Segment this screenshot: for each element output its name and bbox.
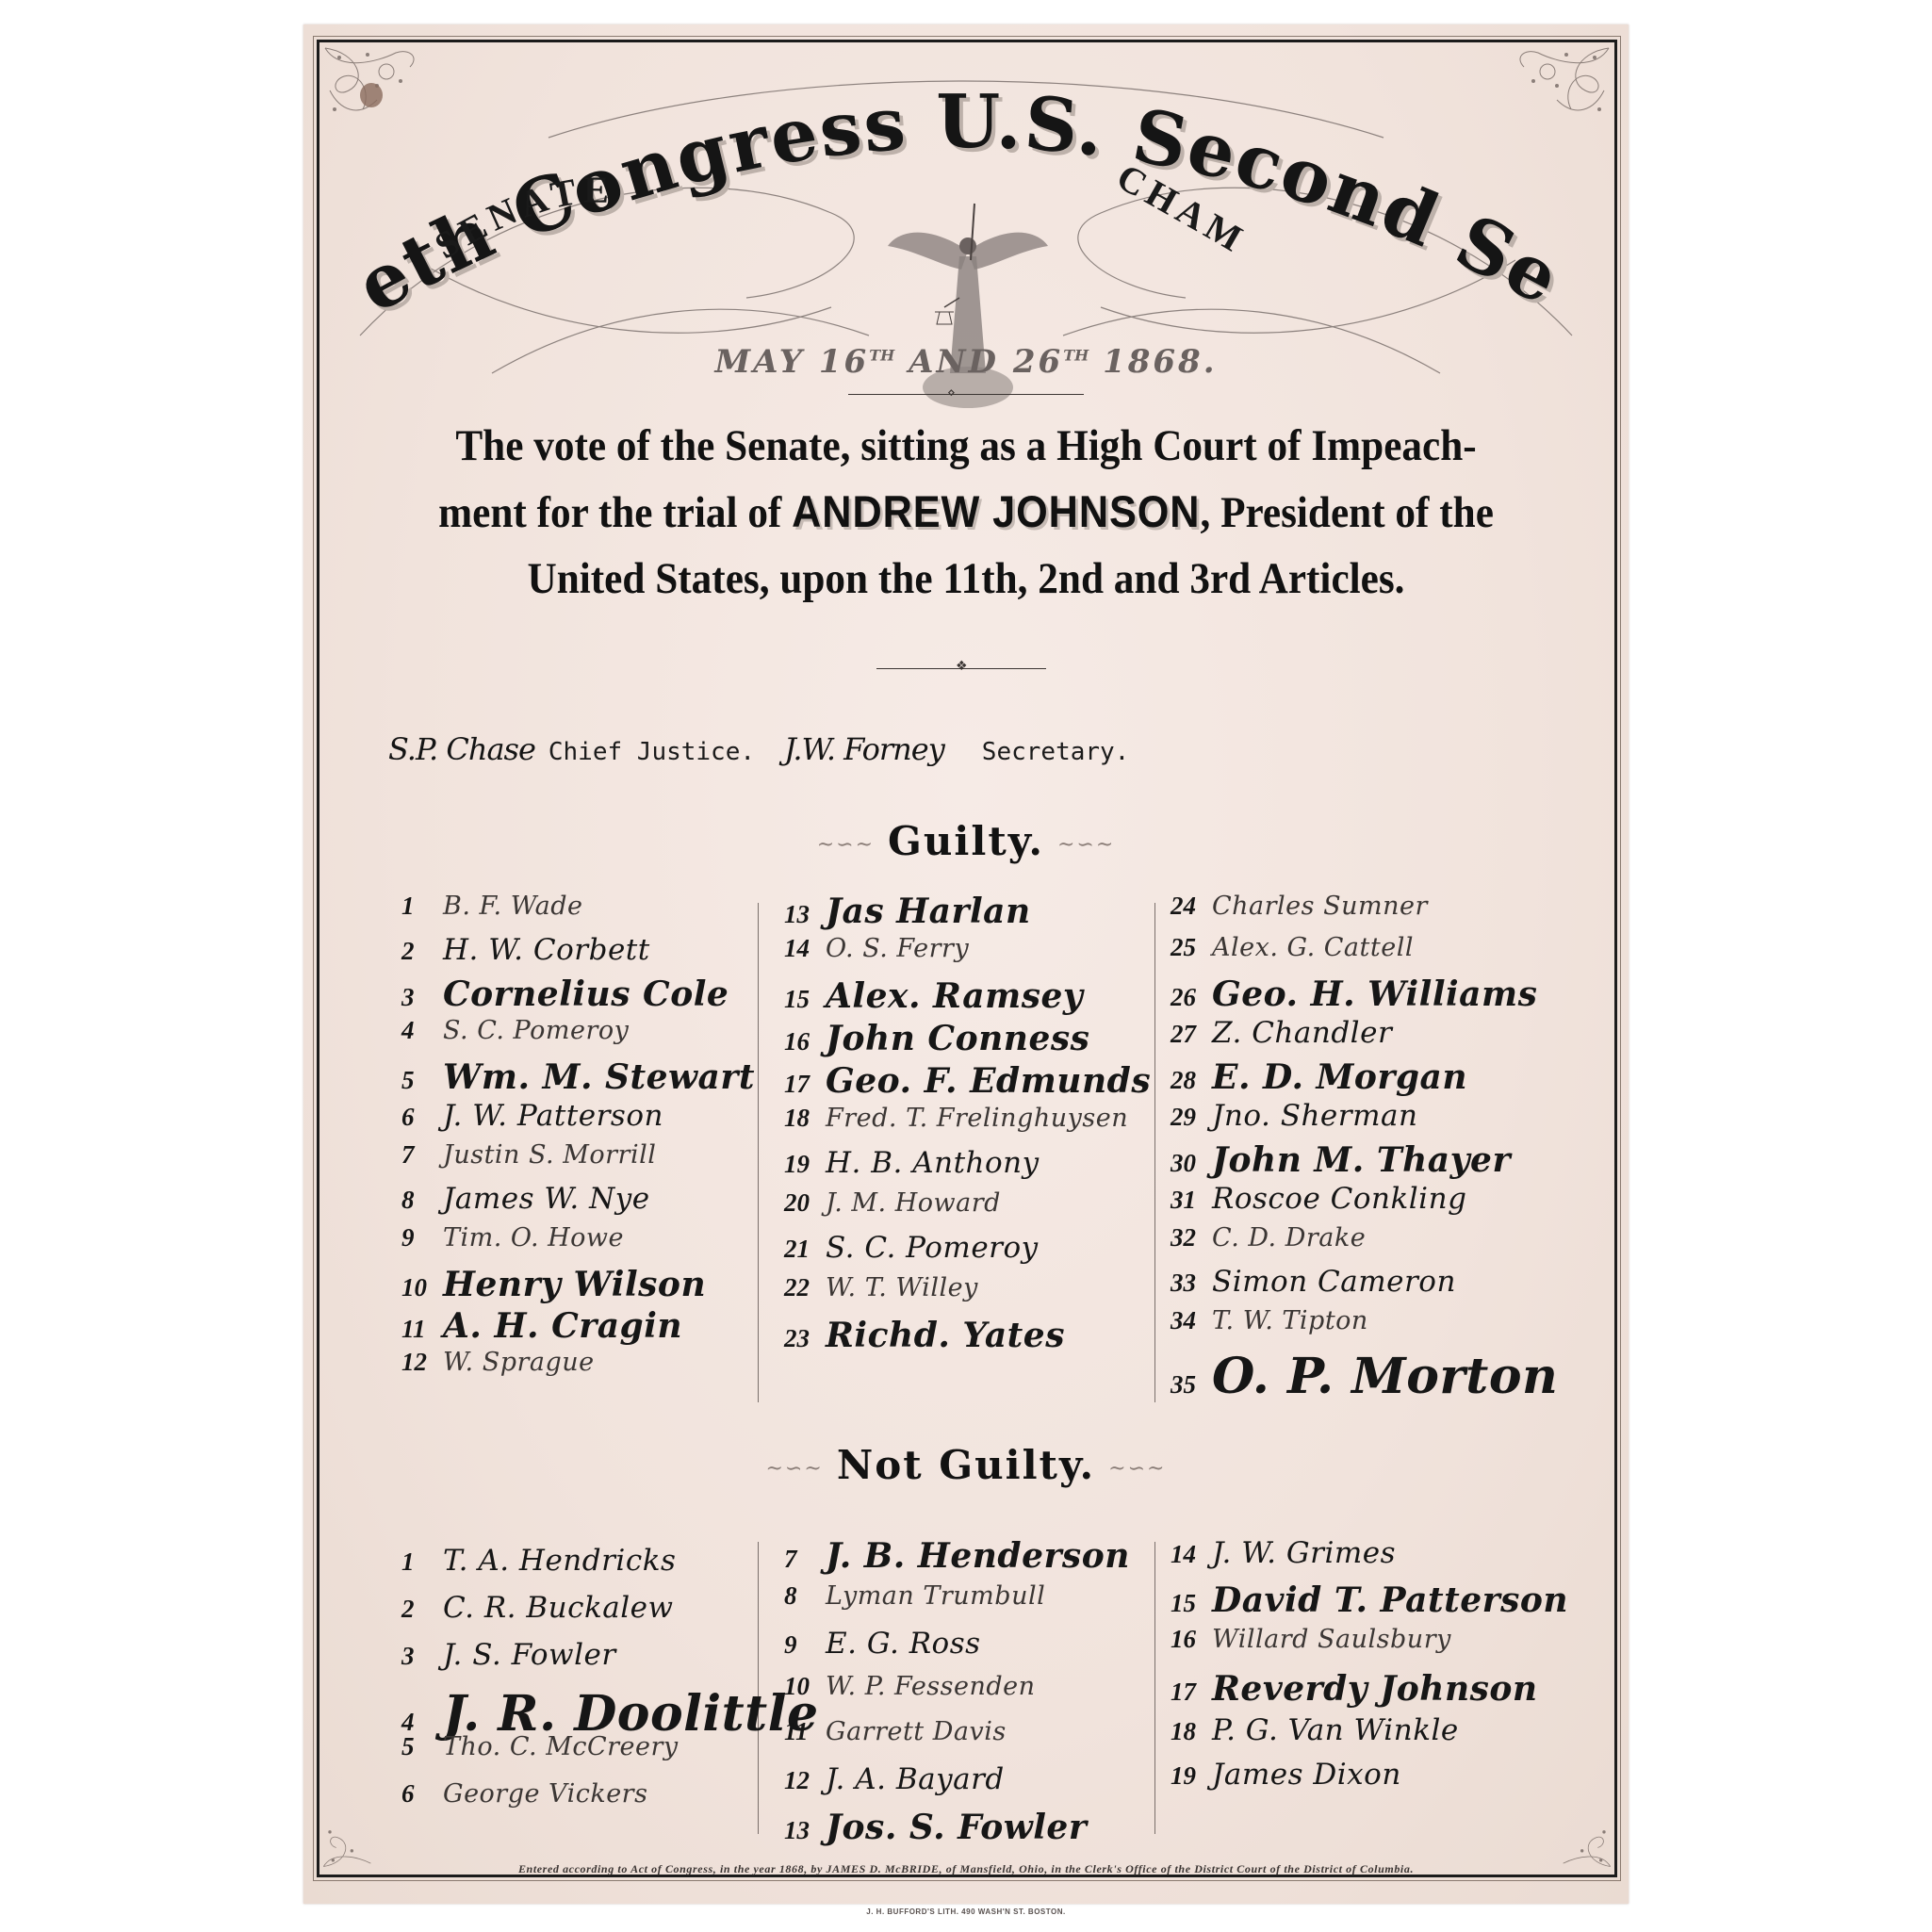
senator-signature: Simon Cameron bbox=[1212, 1265, 1456, 1299]
signature-row: 18Fred. T. Frelinghuysen bbox=[784, 1104, 1151, 1146]
senator-signature: Justin S. Morrill bbox=[443, 1140, 656, 1170]
signature-row: 19James Dixon bbox=[1171, 1758, 1568, 1802]
signature-row: 29Jno. Sherman bbox=[1171, 1099, 1558, 1140]
divider-ornament-icon: ⋄ bbox=[947, 385, 956, 401]
senator-signature: David T. Patterson bbox=[1212, 1580, 1568, 1620]
senator-signature: Alex. Ramsey bbox=[826, 976, 1083, 1016]
vote-number: 16 bbox=[1171, 1625, 1212, 1654]
signature-row: 2H. W. Corbett bbox=[401, 933, 755, 974]
senator-signature: John M. Thayer bbox=[1212, 1140, 1511, 1180]
vote-number: 13 bbox=[784, 900, 826, 929]
vote-number: 5 bbox=[401, 1732, 443, 1761]
not-guilty-heading: ~∽~Not Guilty.~∽~ bbox=[303, 1442, 1629, 1488]
senator-signature: James Dixon bbox=[1212, 1758, 1401, 1792]
senator-signature: O. P. Morton bbox=[1212, 1348, 1558, 1405]
column-divider bbox=[758, 903, 759, 1402]
vote-number: 35 bbox=[1171, 1370, 1212, 1400]
vote-number: 17 bbox=[784, 1070, 826, 1099]
senator-signature: Tim. O. Howe bbox=[443, 1223, 624, 1253]
vote-number: 6 bbox=[401, 1103, 443, 1132]
vote-number: 28 bbox=[1171, 1066, 1212, 1095]
signature-row: 5Wm. M. Stewart bbox=[401, 1057, 755, 1099]
vote-number: 34 bbox=[1171, 1306, 1212, 1335]
senator-signature: Jno. Sherman bbox=[1212, 1099, 1417, 1133]
vote-number: 12 bbox=[401, 1348, 443, 1377]
senator-signature: Reverdy Johnson bbox=[1212, 1669, 1538, 1709]
senator-signature: S. C. Pomeroy bbox=[826, 1231, 1039, 1265]
senator-signature: H. B. Anthony bbox=[826, 1146, 1040, 1180]
senator-signature: J. W. Patterson bbox=[443, 1099, 663, 1133]
signature-row: 4J. R. Doolittle bbox=[401, 1685, 819, 1732]
vote-number: 3 bbox=[401, 1642, 443, 1671]
signature-row: 8Lyman Trumbull bbox=[784, 1581, 1130, 1627]
column-divider bbox=[1154, 1542, 1155, 1834]
signature-row: 10Henry Wilson bbox=[401, 1265, 755, 1306]
signature-row: 16Willard Saulsbury bbox=[1171, 1625, 1568, 1669]
signature-row: 4S. C. Pomeroy bbox=[401, 1016, 755, 1057]
senator-signature: Jas Harlan bbox=[826, 892, 1031, 931]
senator-signature: Geo. F. Edmunds bbox=[826, 1061, 1151, 1101]
vote-number: 5 bbox=[401, 1066, 443, 1095]
senator-signature: W. Sprague bbox=[443, 1348, 595, 1377]
signature-row: 22W. T. Willey bbox=[784, 1273, 1151, 1316]
signature-row: 21S. C. Pomeroy bbox=[784, 1231, 1151, 1273]
vote-number: 1 bbox=[401, 1547, 443, 1577]
vote-number: 18 bbox=[784, 1104, 826, 1133]
signature-row: 2C. R. Buckalew bbox=[401, 1591, 819, 1638]
senator-signature: E. G. Ross bbox=[826, 1627, 981, 1661]
signature-row: 18P. G. Van Winkle bbox=[1171, 1713, 1568, 1758]
signature-row: 33Simon Cameron bbox=[1171, 1265, 1558, 1306]
signature-row: 32C. D. Drake bbox=[1171, 1223, 1558, 1265]
signature-row: 11A. H. Cragin bbox=[401, 1306, 755, 1348]
signature-row: 15David T. Patterson bbox=[1171, 1580, 1568, 1625]
senator-signature: B. F. Wade bbox=[443, 892, 582, 921]
not-guilty-column-1: 1T. A. Hendricks2C. R. Buckalew3J. S. Fo… bbox=[401, 1544, 819, 1826]
broadside-paper: Fortieth Congress U.S. Second Session Fo… bbox=[303, 25, 1629, 1904]
lithographer-imprint: J. H. BUFFORD'S LITH. 490 WASH'N ST. BOS… bbox=[303, 1907, 1629, 1916]
senator-signature: John Conness bbox=[826, 1019, 1089, 1058]
signature-row: 35O. P. Morton bbox=[1171, 1348, 1558, 1389]
signature-row: 25Alex. G. Cattell bbox=[1171, 933, 1558, 974]
senator-signature: George Vickers bbox=[443, 1779, 647, 1809]
signature-row: 17Geo. F. Edmunds bbox=[784, 1061, 1151, 1104]
divider-rule bbox=[848, 394, 1084, 395]
guilty-column-2: 13Jas Harlan14O. S. Ferry15Alex. Ramsey1… bbox=[784, 892, 1151, 1358]
signature-row: 30John M. Thayer bbox=[1171, 1140, 1558, 1182]
signature-row: 31Roscoe Conkling bbox=[1171, 1182, 1558, 1223]
signature-row: 7Justin S. Morrill bbox=[401, 1140, 755, 1182]
senator-signature: C. D. Drake bbox=[1212, 1223, 1366, 1253]
vote-number: 13 bbox=[784, 1816, 826, 1845]
senator-signature: J. M. Howard bbox=[826, 1188, 1001, 1218]
vote-number: 12 bbox=[784, 1766, 826, 1795]
senator-signature: Jos. S. Fowler bbox=[826, 1808, 1087, 1847]
senator-signature: W. T. Willey bbox=[826, 1273, 978, 1302]
signature-row: 16John Conness bbox=[784, 1019, 1151, 1061]
signature-row: 12W. Sprague bbox=[401, 1348, 755, 1389]
vote-number: 9 bbox=[784, 1630, 826, 1660]
signature-row: 3Cornelius Cole bbox=[401, 974, 755, 1016]
vote-number: 23 bbox=[784, 1324, 826, 1353]
vote-number: 19 bbox=[1171, 1761, 1212, 1791]
vote-number: 8 bbox=[784, 1581, 826, 1611]
signature-row: 23Richd. Yates bbox=[784, 1316, 1151, 1358]
signature-row: 15Alex. Ramsey bbox=[784, 976, 1151, 1019]
vote-number: 4 bbox=[401, 1016, 443, 1045]
flourish-icon: ~∽~ bbox=[1057, 833, 1115, 857]
senator-signature: Z. Chandler bbox=[1212, 1016, 1392, 1050]
defendant-name: ANDREW JOHNSON bbox=[792, 486, 1200, 536]
vote-number: 6 bbox=[401, 1779, 443, 1809]
not-guilty-column-2: 7J. B. Henderson8Lyman Trumbull9E. G. Ro… bbox=[784, 1536, 1130, 1853]
vote-number: 30 bbox=[1171, 1149, 1212, 1178]
signature-row: 3J. S. Fowler bbox=[401, 1638, 819, 1685]
senator-signature: Henry Wilson bbox=[443, 1265, 706, 1304]
chief-justice-signature: S.P. Chase bbox=[388, 731, 535, 767]
vote-number: 31 bbox=[1171, 1186, 1212, 1215]
signature-row: 6George Vickers bbox=[401, 1779, 819, 1826]
vote-number: 33 bbox=[1171, 1269, 1212, 1298]
senator-signature: Geo. H. Williams bbox=[1212, 974, 1537, 1014]
secretary-block: J.W. ForneySecretary. bbox=[784, 731, 1129, 767]
senator-signature: T. A. Hendricks bbox=[443, 1544, 676, 1578]
signature-row: 8James W. Nye bbox=[401, 1182, 755, 1223]
signature-row: 14O. S. Ferry bbox=[784, 934, 1151, 976]
flourish-icon: ~∽~ bbox=[817, 833, 875, 857]
chief-justice-block: S.P. ChaseChief Justice. bbox=[388, 731, 755, 767]
vote-number: 14 bbox=[1171, 1540, 1212, 1569]
vote-number: 20 bbox=[784, 1188, 826, 1218]
vote-number: 11 bbox=[784, 1717, 826, 1746]
signature-row: 11Garrett Davis bbox=[784, 1717, 1130, 1762]
senator-signature: Willard Saulsbury bbox=[1212, 1625, 1451, 1654]
senator-signature: J. W. Grimes bbox=[1212, 1536, 1396, 1570]
senator-signature: S. C. Pomeroy bbox=[443, 1016, 629, 1045]
signature-row: 19H. B. Anthony bbox=[784, 1146, 1151, 1188]
chief-justice-label: Chief Justice. bbox=[548, 738, 755, 766]
vote-number: 7 bbox=[784, 1545, 826, 1574]
senator-signature: Garrett Davis bbox=[826, 1717, 1007, 1746]
flourish-icon: ~∽~ bbox=[1108, 1457, 1166, 1481]
senator-signature: Tho. C. McCreery bbox=[443, 1732, 679, 1761]
vote-number: 24 bbox=[1171, 892, 1212, 921]
session-date: MAY 16TH AND 26TH 1868. bbox=[303, 343, 1629, 381]
signature-row: 1T. A. Hendricks bbox=[401, 1544, 819, 1591]
signature-row: 10W. P. Fessenden bbox=[784, 1672, 1130, 1717]
signature-row: 26Geo. H. Williams bbox=[1171, 974, 1558, 1016]
signature-row: 34T. W. Tipton bbox=[1171, 1306, 1558, 1348]
senator-signature: E. D. Morgan bbox=[1212, 1057, 1467, 1097]
vote-number: 17 bbox=[1171, 1678, 1212, 1707]
senator-signature: Charles Sumner bbox=[1212, 892, 1428, 921]
signature-row: 13Jos. S. Fowler bbox=[784, 1808, 1130, 1853]
vote-number: 3 bbox=[401, 983, 443, 1012]
vote-number: 32 bbox=[1171, 1223, 1212, 1253]
senator-signature: Lyman Trumbull bbox=[826, 1581, 1045, 1611]
vote-number: 2 bbox=[401, 1595, 443, 1624]
vote-number: 1 bbox=[401, 892, 443, 921]
divider-ornament-icon: ❖ bbox=[956, 659, 968, 674]
column-divider bbox=[1154, 903, 1155, 1402]
secretary-signature: J.W. Forney bbox=[784, 731, 944, 767]
copyright-notice: Entered according to Act of Congress, in… bbox=[303, 1862, 1629, 1876]
vote-number: 10 bbox=[401, 1273, 443, 1302]
senator-signature: J. B. Henderson bbox=[826, 1536, 1130, 1576]
senator-signature: Roscoe Conkling bbox=[1212, 1182, 1466, 1216]
senator-signature: A. H. Cragin bbox=[443, 1306, 682, 1346]
signature-row: 7J. B. Henderson bbox=[784, 1536, 1130, 1581]
senator-signature: J. A. Bayard bbox=[826, 1762, 1005, 1796]
vote-number: 25 bbox=[1171, 933, 1212, 962]
signature-row: 1B. F. Wade bbox=[401, 892, 755, 933]
signature-row: 9E. G. Ross bbox=[784, 1627, 1130, 1672]
guilty-heading: ~∽~Guilty.~∽~ bbox=[303, 818, 1629, 864]
signature-row: 17Reverdy Johnson bbox=[1171, 1669, 1568, 1713]
vote-number: 14 bbox=[784, 934, 826, 963]
senator-signature: Wm. M. Stewart bbox=[443, 1057, 755, 1097]
vote-number: 15 bbox=[1171, 1589, 1212, 1618]
senator-signature: Fred. T. Frelinghuysen bbox=[826, 1104, 1128, 1133]
senator-signature: O. S. Ferry bbox=[826, 934, 969, 963]
senator-signature: James W. Nye bbox=[443, 1182, 650, 1216]
vote-number: 8 bbox=[401, 1186, 443, 1215]
vote-number: 10 bbox=[784, 1672, 826, 1701]
senator-signature: W. P. Fessenden bbox=[826, 1672, 1036, 1701]
vote-number: 26 bbox=[1171, 983, 1212, 1012]
flourish-icon: ~∽~ bbox=[766, 1457, 824, 1481]
signature-row: 14J. W. Grimes bbox=[1171, 1536, 1568, 1580]
guilty-column-1: 1B. F. Wade2H. W. Corbett3Cornelius Cole… bbox=[401, 892, 755, 1389]
vote-number: 11 bbox=[401, 1315, 443, 1344]
vote-number: 2 bbox=[401, 937, 443, 966]
vote-number: 27 bbox=[1171, 1020, 1212, 1049]
senator-signature: J. S. Fowler bbox=[443, 1638, 616, 1672]
senator-signature: Cornelius Cole bbox=[443, 974, 729, 1014]
vote-statement: The vote of the Senate, sitting as a Hig… bbox=[356, 413, 1576, 612]
signature-row: 13Jas Harlan bbox=[784, 892, 1151, 934]
senator-signature: Richd. Yates bbox=[826, 1316, 1065, 1355]
vote-number: 21 bbox=[784, 1235, 826, 1264]
vote-number: 22 bbox=[784, 1273, 826, 1302]
signature-row: 20J. M. Howard bbox=[784, 1188, 1151, 1231]
not-guilty-column-3: 14J. W. Grimes15David T. Patterson16Will… bbox=[1171, 1536, 1568, 1802]
signature-row: 6J. W. Patterson bbox=[401, 1099, 755, 1140]
senator-signature: T. W. Tipton bbox=[1212, 1306, 1368, 1335]
guilty-column-3: 24Charles Sumner25Alex. G. Cattell26Geo.… bbox=[1171, 892, 1558, 1389]
vote-number: 7 bbox=[401, 1140, 443, 1170]
vote-number: 18 bbox=[1171, 1717, 1212, 1746]
vote-number: 16 bbox=[784, 1027, 826, 1056]
vote-number: 15 bbox=[784, 985, 826, 1014]
signature-row: 24Charles Sumner bbox=[1171, 892, 1558, 933]
vote-number: 29 bbox=[1171, 1103, 1212, 1132]
signature-row: 27Z. Chandler bbox=[1171, 1016, 1558, 1057]
senator-signature: H. W. Corbett bbox=[443, 933, 650, 967]
signature-row: 12J. A. Bayard bbox=[784, 1762, 1130, 1808]
vote-number: 9 bbox=[401, 1223, 443, 1253]
senator-signature: C. R. Buckalew bbox=[443, 1591, 674, 1625]
signature-row: 28E. D. Morgan bbox=[1171, 1057, 1558, 1099]
secretary-label: Secretary. bbox=[982, 738, 1130, 766]
senator-signature: P. G. Van Winkle bbox=[1212, 1713, 1459, 1747]
signature-row: 9Tim. O. Howe bbox=[401, 1223, 755, 1265]
senator-signature: Alex. G. Cattell bbox=[1212, 933, 1414, 962]
vote-number: 19 bbox=[784, 1150, 826, 1179]
signature-row: 5Tho. C. McCreery bbox=[401, 1732, 819, 1779]
